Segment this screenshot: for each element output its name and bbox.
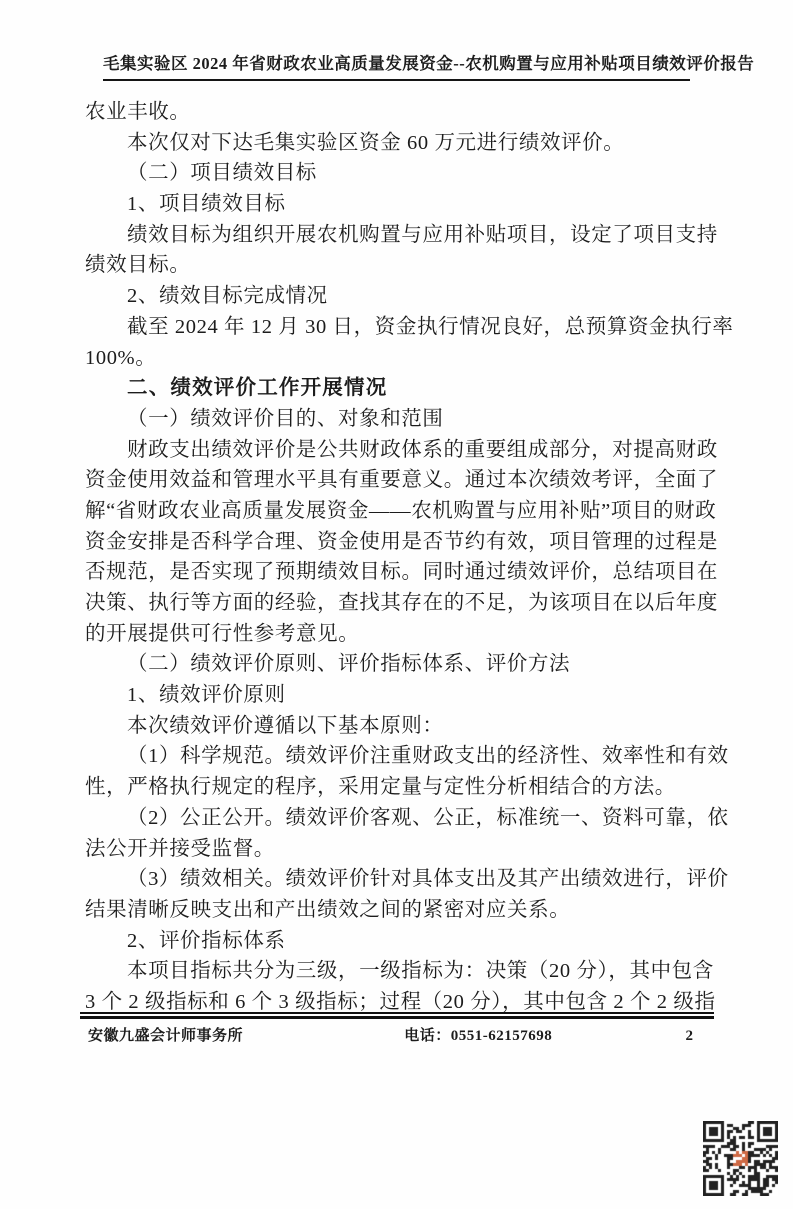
header-title-right: 绩效评价报告 [652, 50, 754, 74]
body-line: 1、绩效评价原则 [85, 680, 717, 711]
body-line: 截至 2024 年 12 月 30 日，资金执行情况良好，总预算资金执行率 [85, 312, 717, 343]
document-page: 毛集实验区 2024 年省财政农业高质量发展资金--农机购置与应用补贴项目 绩效… [0, 0, 793, 1209]
document-footer: 安徽九盛会计师事务所 电话：0551-62157698 2 [88, 1024, 713, 1045]
body-line: （1）科学规范。绩效评价注重财政支出的经济性、效率性和有效 [85, 741, 717, 772]
body-line: 否规范，是否实现了预期绩效目标。同时通过绩效评价，总结项目在 [85, 557, 717, 588]
body-line: 100%。 [85, 343, 717, 374]
body-line: 1、项目绩效目标 [85, 189, 717, 220]
body-line: 决策、执行等方面的经验，查找其存在的不足，为该项目在以后年度 [85, 588, 717, 619]
body-line: 绩效目标。 [85, 250, 717, 281]
body-section-heading: 二、绩效评价工作开展情况 [85, 373, 717, 404]
body-line: 性，严格执行规定的程序，采用定量与定性分析相结合的方法。 [85, 772, 717, 803]
body-line: 2、绩效目标完成情况 [85, 281, 717, 312]
body-line: 农业丰收。 [85, 97, 717, 128]
body-line: 本次仅对下达毛集实验区资金 60 万元进行绩效评价。 [85, 128, 717, 159]
document-body: 农业丰收。 本次仅对下达毛集实验区资金 60 万元进行绩效评价。 （二）项目绩效… [85, 97, 717, 1018]
body-line: 法公开并接受监督。 [85, 834, 717, 865]
body-line: 结果清晰反映支出和产出绩效之间的紧密对应关系。 [85, 895, 717, 926]
body-line: （二）绩效评价原则、评价指标体系、评价方法 [85, 649, 717, 680]
body-line: （3）绩效相关。绩效评价针对具体支出及其产出绩效进行，评价 [85, 864, 717, 895]
body-line: （2）公正公开。绩效评价客观、公正，标准统一、资料可靠，依 [85, 803, 717, 834]
body-line: 本次绩效评价遵循以下基本原则： [85, 711, 717, 742]
body-line: 财政支出绩效评价是公共财政体系的重要组成部分，对提高财政 [85, 435, 717, 466]
body-line: 解“省财政农业高质量发展资金——农机购置与应用补贴”项目的财政 [85, 496, 717, 527]
document-header: 毛集实验区 2024 年省财政农业高质量发展资金--农机购置与应用补贴项目 绩效… [103, 50, 690, 81]
body-line: 绩效目标为组织开展农机购置与应用补贴项目，设定了项目支持 [85, 220, 717, 251]
footer-phone: 电话：0551-62157698 [404, 1024, 552, 1045]
body-line: 的开展提供可行性参考意见。 [85, 619, 717, 650]
footer-divider [80, 1012, 714, 1019]
body-line: （一）绩效评价目的、对象和范围 [85, 404, 717, 435]
footer-company: 安徽九盛会计师事务所 [88, 1024, 243, 1045]
body-line: 本项目指标共分为三级，一级指标为：决策（20 分），其中包含 [85, 956, 717, 987]
body-line: （二）项目绩效目标 [85, 158, 717, 189]
body-line: 资金安排是否科学合理、资金使用是否节约有效，项目管理的过程是 [85, 527, 717, 558]
body-line: 资金使用效益和管理水平具有重要意义。通过本次绩效考评，全面了 [85, 465, 717, 496]
body-line: 2、评价指标体系 [85, 926, 717, 957]
footer-page-number: 2 [685, 1028, 713, 1045]
qr-code [703, 1121, 778, 1196]
header-title-left: 毛集实验区 2024 年省财政农业高质量发展资金--农机购置与应用补贴项目 [103, 50, 652, 74]
